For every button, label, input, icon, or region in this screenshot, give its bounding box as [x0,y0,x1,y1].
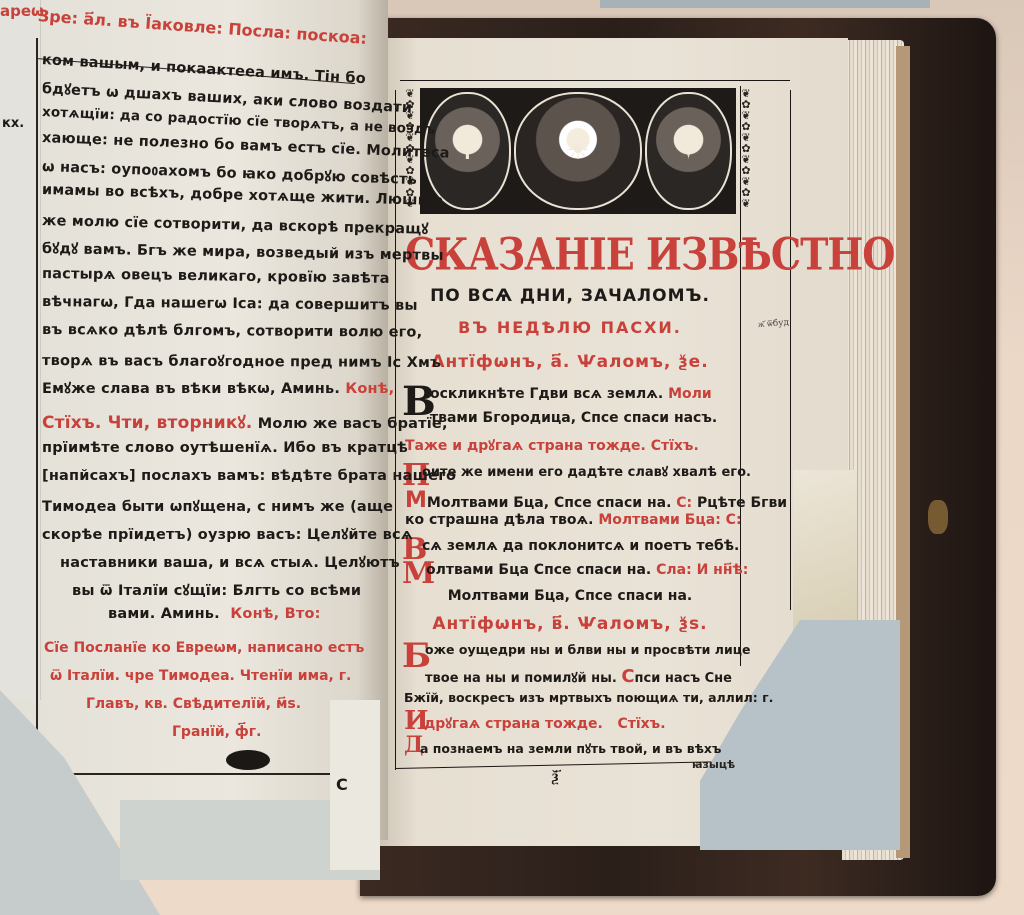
cover-damage [928,500,948,534]
antiphon-heading: Антїфѡнъ, в҃. Ѱаломъ, ѯѕ. [400,614,740,634]
text-line: Молтвами Бца, Спсе спаси на. [400,588,740,604]
text-line: твами Бгородица, Спсе спаси насъ. [430,410,717,426]
colophon-line: ѿ Італїи. чре Тимодеа. Чтенїи има, г. [50,668,351,684]
colophon-line: Гранїй, ф҃г. [172,724,261,740]
text-line: Таже и дрꙋгаѧ страна тожде. Стїхъ. [405,436,699,455]
colophon-line: Главъ, кв. Свѣдителїй, м҃s. [86,696,301,712]
text-line: Бжїй, воскресъ изъ мртвыхъ поющиѧ ти, ал… [404,690,773,705]
margin-rule [790,90,791,610]
tailpiece-ornament-icon [226,750,270,770]
woodcut-illustration: ✝ ☀ ✧ [420,88,736,214]
section-heading: ВЪ НЕДѢЛЮ ПАСХИ. [400,318,740,337]
text-line: творѧ въ васъ благоꙋгодное пред нимъ Іс … [42,350,441,372]
text-line: наставники ваша, и всѧ стыѧ. Целꙋютъ [60,552,400,572]
text-line: Тимодеа быти ѡпꙋщена, с нимъ же (аще [42,496,393,516]
text-line: оите же имени его дадѣте славꙋ хвалѣ его… [422,462,751,480]
prev-page-text: кх. [2,116,24,131]
text-line: сѧ землѧ да поклонитсѧ и поетъ тебѣ. [422,538,739,554]
page-title: СКАЗАНІЕ ИЗВѢСТНО [405,228,894,280]
text-line: олтвами Бца Спсе спаси на. Сла: И нн҃ѣ: [426,562,748,578]
handwritten-margin-note: ж҃ ѿбуд [758,317,790,330]
antiphon-heading: Антїфѡнъ, а҃. Ѱаломъ, ѯе. [400,352,740,372]
subtitle: ПО ВСѦ ДНИ, ЗАЧАЛОМЪ. [400,286,740,306]
text-line: скорѣе прїидетъ) оузрю васъ: Целꙋйте всѧ [42,524,413,544]
text-line: прїимѣте слово оутѣшенїѧ. Ибо въ кратцѣ [42,440,408,456]
catchword: С [336,775,348,794]
text-line: оже оущедри ны и блви ны и просвѣти лице [425,642,750,657]
text-line: вы ѿ Італїи сꙋщїи: Блгть со всѣми [72,580,361,600]
text-line: [напйсахъ] послахъ вамъ: вѣдѣте брата на… [42,468,456,484]
colophon-line: Сїе Посланїе ко Еврeѡм, написано естъ [44,640,364,656]
catchword: ꙗзыцѣ [692,758,735,771]
text-line: Емꙋже слава въ вѣки вѣкѡ, Аминь. Конѣ, [42,378,394,398]
page-number: ѯ҃ [552,766,558,786]
text-line: въ всѧко дѣлѣ блгомъ, сотворити волю его… [42,322,422,341]
text-line: дрꙋгаѧ страна тожде. Стїхъ. [424,714,666,733]
nativity-scene-icon: ✧ [645,92,732,210]
text-line: ко страшна дѣла твоѧ. Молтвами Бца: С: [405,512,742,528]
rule-line [400,80,790,81]
text-line: Стїхъ. Чти, вторникꙋ. Молю же васъ братї… [42,410,448,433]
text-line: вами. Аминь. Конѣ, Вто: [108,606,321,622]
text-line: а познаемъ на земли пꙋть твой, и въ вѣхъ [420,740,721,757]
text-line: твое на ны и помилꙋй ны. Спси насъ Сне [425,666,732,687]
text-line: ММолтвами Бца, Спсе спаси на. С: Рцѣте Б… [405,488,787,513]
resurrection-scene-icon: ☀ [514,92,642,210]
text-line: оскликнѣте Гдви всѧ землѧ. Моли [430,386,712,402]
background-object [600,0,930,8]
vine-ornament-icon: ❦✿❦✿❦✿❦✿❦✿❦ [738,88,754,212]
previous-page-fragment [0,0,41,700]
